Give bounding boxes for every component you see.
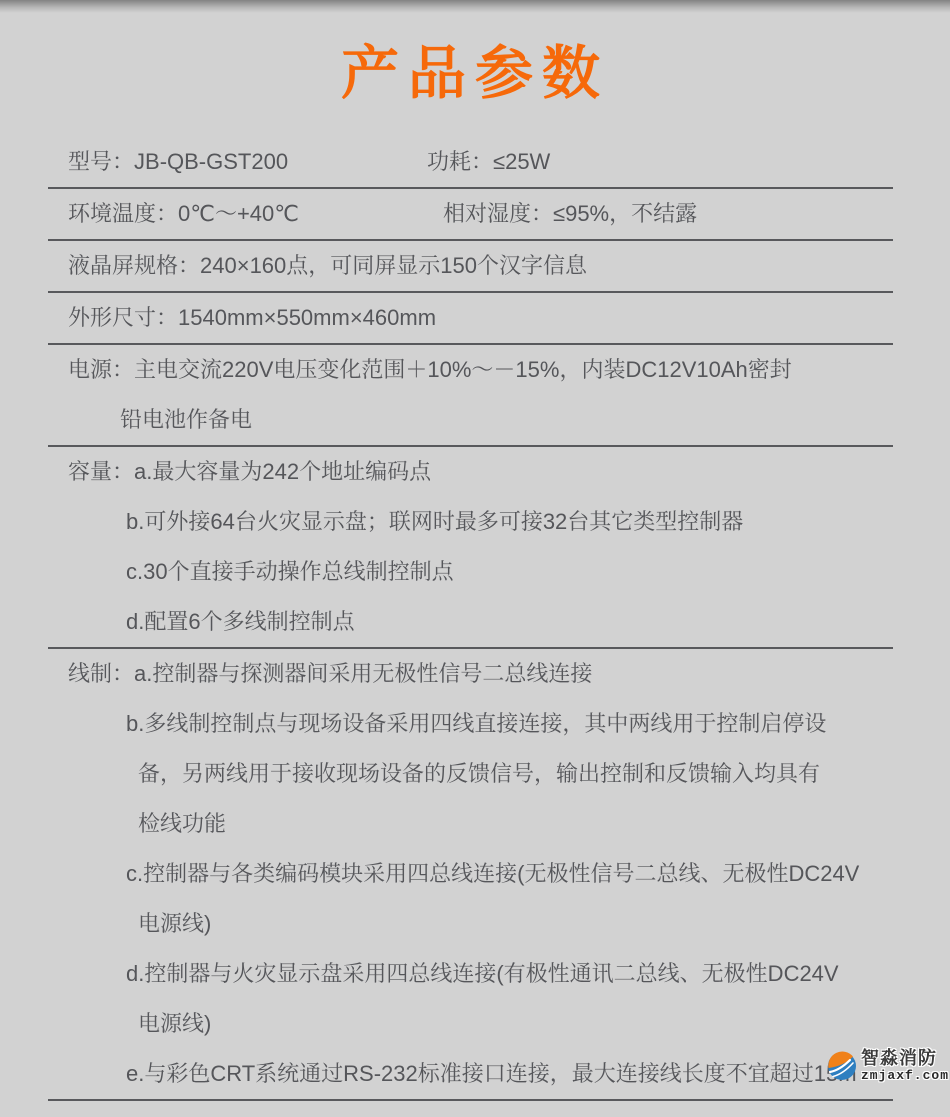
spec-row-temp-humidity: 环境温度：0℃～+40℃ 相对湿度：≤95%，不结露 xyxy=(48,189,893,241)
spec-line: 电源：主电交流220V电压变化范围＋10%～－15%，内装DC12V10Ah密封 xyxy=(68,345,893,395)
spec-value: 240×160点，可同屏显示150个汉字信息 xyxy=(200,253,587,278)
spec-list-item: e.与彩色CRT系统通过RS-232标准接口连接，最大连接线长度不宜超过15m xyxy=(68,1049,893,1099)
spec-cell-model: 型号：JB-QB-GST200 xyxy=(68,137,427,187)
spec-row-dimensions: 外形尺寸：1540mm×550mm×460mm xyxy=(48,293,893,345)
watermark-domain: zmjaxf.com xyxy=(861,1069,949,1082)
spec-list-item: c.30个直接手动操作总线制控制点 xyxy=(68,547,893,597)
page-title: 产品参数 xyxy=(0,41,950,107)
spec-list-item: c.控制器与各类编码模块采用四总线连接(无极性信号二总线、无极性DC24V xyxy=(68,849,893,899)
spec-label: 线制： xyxy=(68,661,134,686)
spec-value: ≤95%，不结露 xyxy=(553,201,697,226)
spec-value: a.最大容量为242个地址编码点 xyxy=(134,459,431,484)
watermark-text: 智淼消防 zmjaxf.com xyxy=(861,1049,949,1082)
spec-cell-power-consumption: 功耗：≤25W xyxy=(427,137,550,187)
spec-value: ≤25W xyxy=(493,149,550,174)
spec-cell-ambient-temp: 环境温度：0℃～+40℃ xyxy=(68,189,443,239)
spec-label: 电源： xyxy=(68,357,134,382)
spec-row-wiring: 线制：a.控制器与探测器间采用无极性信号二总线连接 b.多线制控制点与现场设备采… xyxy=(48,649,893,1101)
spec-value: 1540mm×550mm×460mm xyxy=(178,305,436,330)
spec-value: 0℃～+40℃ xyxy=(178,201,299,226)
spec-label: 液晶屏规格： xyxy=(68,253,200,278)
spec-label: 环境温度： xyxy=(68,201,178,226)
spec-label: 功耗： xyxy=(427,149,493,174)
spec-row-power-supply: 电源：主电交流220V电压变化范围＋10%～－15%，内装DC12V10Ah密封… xyxy=(48,345,893,447)
spec-cell-relative-humidity: 相对湿度：≤95%，不结露 xyxy=(443,189,697,239)
spec-label: 相对湿度： xyxy=(443,201,553,226)
spec-table: 型号：JB-QB-GST200 功耗：≤25W 环境温度：0℃～+40℃ 相对湿… xyxy=(48,137,893,1101)
spec-line-continuation: 铅电池作备电 xyxy=(68,395,893,445)
spec-line: 容量：a.最大容量为242个地址编码点 xyxy=(68,447,893,497)
swirl-globe-icon xyxy=(826,1050,858,1082)
spec-list-item: d.配置6个多线制控制点 xyxy=(68,597,893,647)
spec-value: 主电交流220V电压变化范围＋10%～－15%，内装DC12V10Ah密封 xyxy=(134,357,792,382)
spec-line-continuation: 电源线) xyxy=(68,899,893,949)
spec-line: 液晶屏规格：240×160点，可同屏显示150个汉字信息 xyxy=(68,241,893,291)
product-parameters-page: 产品参数 型号：JB-QB-GST200 功耗：≤25W 环境温度：0℃～+40… xyxy=(0,0,950,1117)
spec-value: JB-QB-GST200 xyxy=(134,149,288,174)
spec-list-item: b.可外接64台火灾显示盘；联网时最多可接32台其它类型控制器 xyxy=(68,497,893,547)
spec-list-item: b.多线制控制点与现场设备采用四线直接连接，其中两线用于控制启停设 xyxy=(68,699,893,749)
spec-label: 型号： xyxy=(68,149,134,174)
watermark-brand: 智淼消防 xyxy=(861,1049,949,1067)
spec-line: 外形尺寸：1540mm×550mm×460mm xyxy=(68,293,893,343)
spec-value: a.控制器与探测器间采用无极性信号二总线连接 xyxy=(134,661,592,686)
spec-row-model-power: 型号：JB-QB-GST200 功耗：≤25W xyxy=(48,137,893,189)
spec-label: 容量： xyxy=(68,459,134,484)
site-watermark: 智淼消防 zmjaxf.com xyxy=(826,1049,949,1082)
spec-list-item: d.控制器与火灾显示盘采用四总线连接(有极性通讯二总线、无极性DC24V xyxy=(68,949,893,999)
spec-line-continuation: 备，另两线用于接收现场设备的反馈信号，输出控制和反馈输入均具有 xyxy=(68,749,893,799)
spec-label: 外形尺寸： xyxy=(68,305,178,330)
spec-line: 线制：a.控制器与探测器间采用无极性信号二总线连接 xyxy=(68,649,893,699)
spec-line-continuation: 电源线) xyxy=(68,999,893,1049)
spec-line-continuation: 检线功能 xyxy=(68,799,893,849)
spec-row-capacity: 容量：a.最大容量为242个地址编码点 b.可外接64台火灾显示盘；联网时最多可… xyxy=(48,447,893,649)
spec-row-lcd: 液晶屏规格：240×160点，可同屏显示150个汉字信息 xyxy=(48,241,893,293)
top-shadow-band xyxy=(0,0,950,13)
